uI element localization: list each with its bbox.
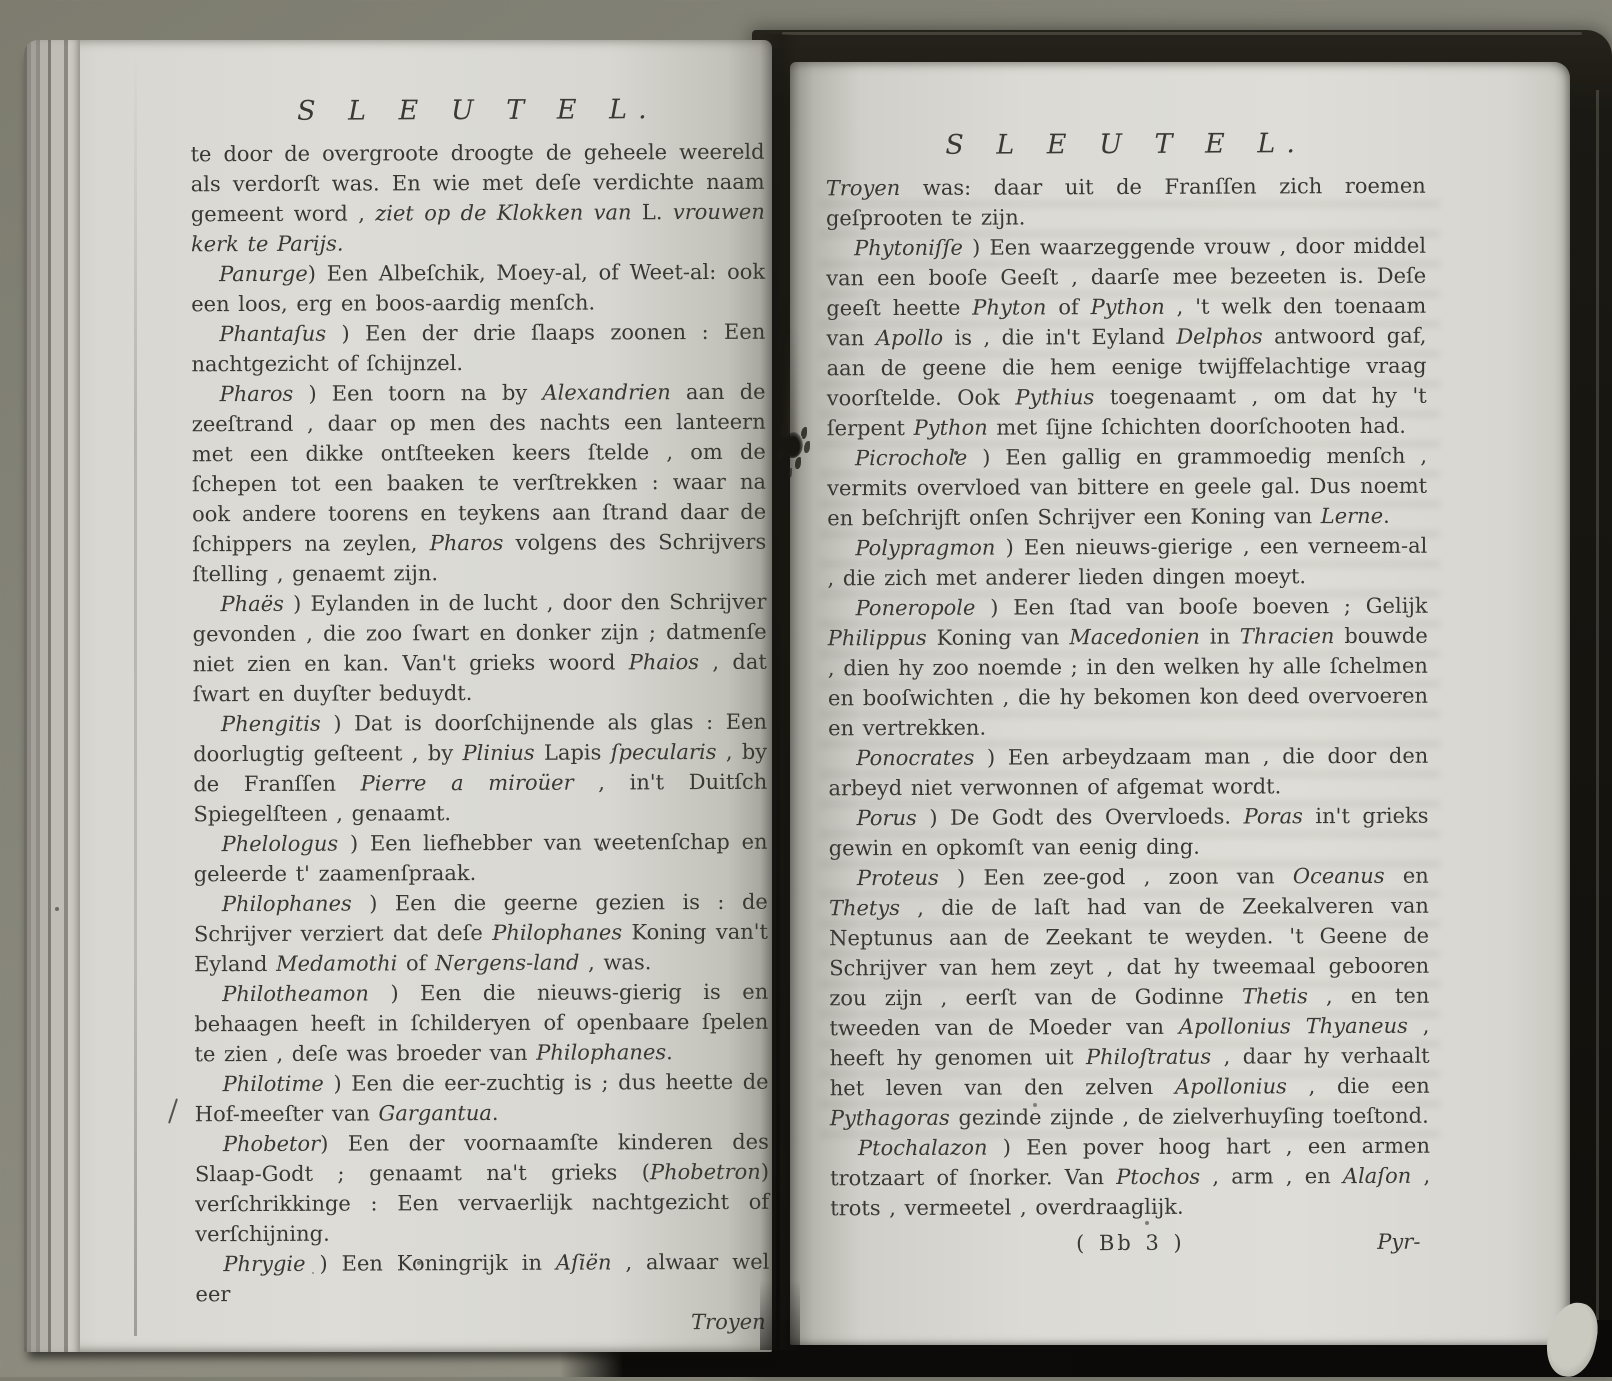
paragraph: Philotheamon ) Een die nieuws-gierig is … — [194, 977, 768, 1070]
text-segment: , die een — [1287, 1074, 1430, 1099]
italic-text: Python — [1091, 295, 1165, 319]
italic-text: Picrochole — [855, 446, 967, 470]
italic-text: Ptochos — [1116, 1165, 1200, 1189]
italic-text: Oceanus — [1293, 864, 1385, 888]
italic-text: Poras — [1244, 804, 1303, 828]
paragraph: te door de overgroote droogte de geheele… — [190, 137, 765, 260]
italic-text: Poneropole — [856, 596, 976, 621]
italic-text: Pharos — [220, 382, 294, 406]
text-segment: of — [1046, 295, 1090, 319]
italic-text: Ptochalazon — [858, 1136, 988, 1161]
italic-text: Phytoniſſe — [854, 236, 963, 260]
left-page-text-column: S L E U T E L. te door de overgroote dro… — [190, 95, 769, 1339]
paragraph: Phelologus ) Een liefhebber van weetenſc… — [193, 827, 767, 890]
italic-text: Philophanes — [536, 1040, 666, 1065]
right-page: S L E U T E L. Troyen was: daar uit de F… — [790, 62, 1570, 1345]
italic-text: Philophanes — [222, 892, 352, 917]
paragraph: Troyen was: daar uit de Franſſen zich ro… — [826, 171, 1426, 234]
paragraph: Philophanes ) Een die geerne gezien is :… — [194, 887, 768, 980]
text-segment: ) Een ſtad van booſe boeven ; Gelijk — [975, 594, 1427, 620]
italic-text: Alaſon — [1343, 1164, 1411, 1188]
paragraph: Poneropole ) Een ſtad van booſe boeven ;… — [828, 591, 1429, 744]
italic-text: Phyton — [972, 295, 1046, 319]
text-segment: L. — [642, 200, 673, 224]
text-segment: ) Een zee-god , zoon van — [939, 864, 1293, 890]
italic-text: Philotime — [223, 1072, 324, 1096]
page-footer: ( Bb 3 ) Pyr- — [830, 1227, 1430, 1260]
gutter-shadow — [760, 34, 800, 1350]
italic-text: Panurge — [219, 262, 308, 286]
paragraph: Phytoniſſe ) Een waarzeggende vrouw , do… — [826, 231, 1427, 444]
page-text: Troyen was: daar uit de Franſſen zich ro… — [826, 171, 1431, 1224]
text-segment: ) Een toorn na by — [293, 381, 542, 406]
italic-text: Phengitis — [221, 712, 321, 736]
italic-text: Gargantua — [378, 1101, 491, 1125]
text-segment: was: daar uit de Franſſen zich roemen ge… — [826, 174, 1426, 231]
italic-text: Phelologus — [221, 832, 338, 857]
paragraph: Phantaſus ) Een der drie ſlaaps zoonen :… — [191, 317, 765, 380]
italic-text: Alexandrien — [542, 380, 670, 405]
text-segment: gezinde zijnde , de zielverhuyſing toeſt… — [950, 1104, 1429, 1130]
text-segment: ) Een Koningrijk in — [305, 1251, 555, 1276]
text-segment: . — [492, 1101, 499, 1125]
italic-text: Pharos — [430, 531, 504, 555]
pen-mark — [168, 1098, 178, 1123]
italic-text: Phrygie — [223, 1252, 305, 1276]
italic-text: Macedonien — [1069, 625, 1200, 650]
text-segment: in — [1200, 625, 1240, 649]
dust-specks — [0, 0, 2, 2]
italic-text: Phaios — [629, 650, 699, 674]
italic-text: Apollonius — [1175, 1074, 1287, 1098]
page-header: S L E U T E L. — [826, 129, 1426, 162]
italic-text: Pythagoras — [830, 1106, 950, 1131]
text-segment: is , die in't Eyland — [943, 325, 1176, 350]
italic-text: Ponocrates — [856, 746, 974, 771]
paragraph: Phrygie ) Een Koningrijk in Aſiën , alwa… — [195, 1247, 769, 1310]
paragraph: Phobetor) Een der voornaamſte kinderen d… — [195, 1127, 770, 1250]
italic-text: Nergens-land — [435, 951, 579, 976]
italic-text: Troyen — [826, 176, 901, 200]
text-segment: Lapis — [535, 740, 611, 764]
italic-text: Thetis — [1242, 984, 1308, 1008]
text-segment: , was. — [579, 950, 651, 974]
paragraph: Phengitis ) Dat is doorſchijnende als gl… — [193, 707, 768, 830]
italic-text: Python — [914, 416, 988, 440]
text-segment: . — [666, 1040, 673, 1064]
paragraph: Panurge) Een Albeſchik, Moey-al, of Weet… — [191, 257, 765, 320]
page-fold-line — [134, 50, 137, 1336]
italic-text: Delphos — [1176, 324, 1262, 348]
right-page-text-column: S L E U T E L. Troyen was: daar uit de F… — [826, 129, 1431, 1260]
signature-mark: ( Bb 3 ) — [1076, 1228, 1185, 1258]
page-header: S L E U T E L. — [190, 95, 764, 128]
italic-text: Philophanes — [492, 920, 622, 945]
italic-text: Philoſtratus — [1086, 1045, 1211, 1070]
left-page: S L E U T E L. te door de overgroote dro… — [24, 40, 772, 1352]
page-edge-striations — [24, 40, 80, 1352]
paragraph: Ponocrates ) Een arbeydzaam man , die do… — [828, 741, 1428, 804]
paragraph: Porus ) De Godt des Overvloeds. Poras in… — [828, 801, 1428, 864]
ink-smear — [786, 330, 796, 440]
italic-text: Aſiën — [556, 1250, 612, 1274]
text-segment: , arm , en — [1200, 1164, 1343, 1189]
text-segment: of — [397, 951, 435, 975]
text-segment: ) De Godt des Overvloeds. — [917, 804, 1244, 829]
text-segment: . — [1383, 504, 1390, 528]
italic-text: Pierre a miroüer — [361, 771, 574, 796]
italic-text: Apollo — [876, 326, 943, 350]
text-segment: en — [1385, 864, 1429, 888]
paragraph: Pharos ) Een toorn na by Alexandrien aan… — [192, 377, 767, 590]
italic-text: Thetys — [829, 896, 900, 920]
catchword: Troyen — [196, 1307, 770, 1340]
italic-text: Pythius — [1015, 385, 1094, 409]
paragraph: Phaës ) Eylanden in de lucht , door den … — [192, 587, 767, 710]
italic-text: Philippus — [828, 626, 927, 650]
italic-text: Apollonius Thyaneus — [1179, 1014, 1408, 1039]
paragraph: Picrochole ) Een gallig en grammoedig me… — [827, 441, 1427, 534]
italic-text: Lerne — [1321, 504, 1383, 528]
italic-text: ſpecularis — [611, 740, 717, 764]
catchword: Pyr- — [1377, 1227, 1420, 1257]
italic-text: Philotheamon — [222, 981, 369, 1006]
page-text: te door de overgroote droogte de geheele… — [190, 137, 769, 1309]
italic-text: Phobetor — [223, 1132, 320, 1156]
italic-text: Thracien — [1240, 624, 1335, 648]
paragraph: Ptochalazon ) Een pover hoog hart , een … — [830, 1131, 1430, 1224]
italic-text: Proteus — [857, 866, 939, 890]
italic-text: Phantaſus — [219, 322, 326, 346]
paragraph: Philotime ) Een die eer-zuchtig is ; dus… — [195, 1067, 769, 1130]
italic-text: Polypragmon — [855, 536, 995, 561]
text-segment: Koning van — [927, 625, 1070, 650]
text-segment: met ſijne ſchichten doorſchooten had. — [988, 414, 1406, 440]
italic-text: Porus — [856, 806, 916, 830]
italic-text: Plinius — [462, 741, 534, 765]
paragraph: Polypragmon ) Een nieuws-gierige , een v… — [827, 531, 1427, 594]
italic-text: Phobetron — [650, 1160, 761, 1184]
italic-text: ziet op de Klokken van — [375, 200, 642, 225]
italic-text: Phaës — [220, 592, 283, 616]
paragraph: Proteus ) Een zee-god , zoon van Oceanus… — [829, 861, 1430, 1134]
italic-text: Medamothi — [276, 951, 397, 976]
photo-of-open-book: S L E U T E L. te door de overgroote dro… — [0, 0, 1612, 1377]
